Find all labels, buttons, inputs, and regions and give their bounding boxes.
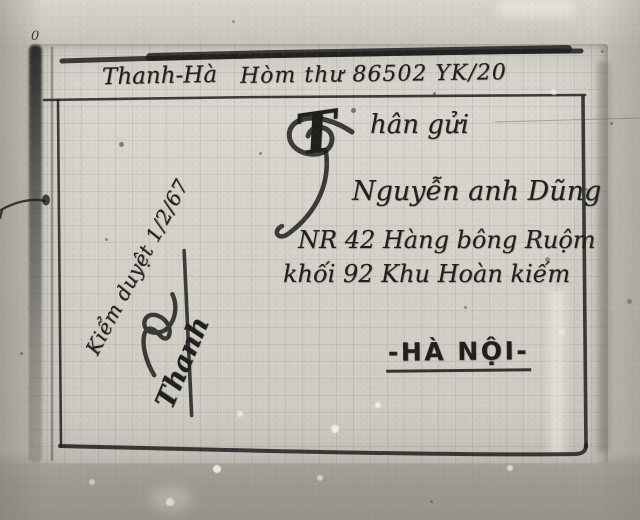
photo-light-patch xyxy=(498,0,574,16)
salutation-text: hân gửi xyxy=(370,110,469,140)
address-line-2: khối 92 Khu Hoàn kiếm xyxy=(283,260,570,288)
recipient-name: Nguyễn anh Dũng xyxy=(352,176,601,207)
city-text: -HÀ NỘI- xyxy=(386,336,532,373)
address-line-1: NR 42 Hàng bông Ruộm xyxy=(298,226,596,254)
header-pobox-text: Hòm thư 86502 YK/20 xyxy=(240,60,507,89)
photo-white-speckles xyxy=(0,0,4,4)
photo-backdrop: Thanh-Hà Hòm thư 86502 YK/20 T hân gửi N… xyxy=(0,0,640,520)
light-streak xyxy=(545,290,569,455)
photo-light-blob xyxy=(150,486,192,512)
envelope-left-edge-shadow xyxy=(29,45,42,463)
header-sender-text: Thanh-Hà xyxy=(102,62,218,90)
envelope-right-edge-shadow xyxy=(595,62,612,452)
corner-mark: 0 xyxy=(31,29,39,44)
salutation-initial: T xyxy=(292,97,342,168)
paper-crease xyxy=(51,47,53,461)
